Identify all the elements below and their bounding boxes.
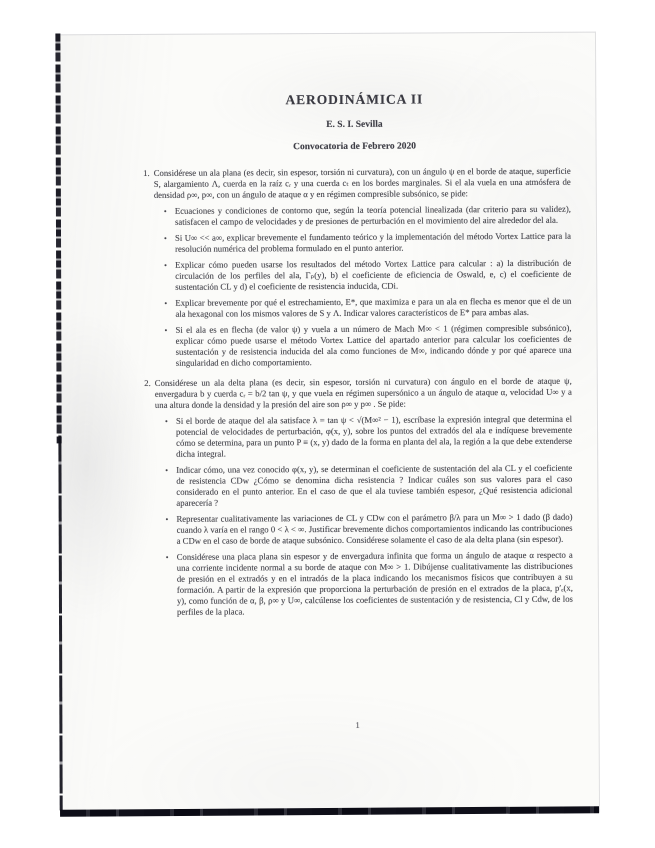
problem-1: 1. Considérese un ala plana (es decir, s… — [139, 166, 572, 369]
bullet-text: Si el borde de ataque del ala satisface … — [176, 414, 572, 460]
problem-bullet: • Indicar cómo, una vez conocido φ(x, y)… — [155, 463, 572, 509]
bullet-text: Explicar cómo pueden usarse los resultad… — [175, 258, 571, 293]
document-content: AERODINÁMICA II E. S. I. Sevilla Convoca… — [138, 91, 573, 618]
bullet-text: Explicar brevemente por qué el estrecham… — [175, 296, 571, 320]
problem-bullet: • Representar cualitativamente las varia… — [155, 512, 572, 547]
scan-artifact-bottom-edge — [60, 806, 599, 817]
bullet-icon: • — [164, 325, 170, 369]
problem-body: Considérese un ala plana (es decir, sin … — [154, 166, 572, 369]
exam-session: Convocatoria de Febrero 2020 — [139, 141, 571, 153]
scan-artifact-left-edge-lower — [58, 435, 62, 810]
bullet-text: Si U∞ << a∞, explicar brevemente el fund… — [175, 231, 571, 255]
problem-intro: Considérese un ala plana (es decir, sin … — [154, 166, 571, 201]
problem-intro: Considérese un ala delta plana (es decir… — [155, 376, 572, 411]
bullet-text: Si el ala es en flecha (de valor ψ) y vu… — [175, 323, 571, 369]
problem-bullet: • Ecuaciones y condiciones de contorno q… — [154, 204, 571, 228]
problem-number: 2. — [140, 378, 152, 618]
problem-body: Considérese un ala delta plana (es decir… — [155, 376, 573, 618]
bullet-text: Representar cualitativamente las variaci… — [176, 512, 572, 547]
problem-bullet: • Si el ala es en flecha (de valor ψ) y … — [154, 323, 571, 369]
bullet-list: • Si el borde de ataque del ala satisfac… — [155, 414, 573, 618]
problem-bullet: • Explicar cómo pueden usarse los result… — [154, 258, 571, 293]
problem-bullet: • Considérese una placa plana sin espeso… — [156, 550, 573, 618]
bullet-icon: • — [166, 552, 172, 618]
scanner-background: AERODINÁMICA II E. S. I. Sevilla Convoca… — [0, 0, 655, 848]
bullet-text: Indicar cómo, una vez conocido φ(x, y), … — [176, 463, 572, 509]
institution-name: E. S. I. Sevilla — [138, 119, 570, 131]
bullet-list: • Ecuaciones y condiciones de contorno q… — [154, 204, 572, 369]
problem-2: 2. Considérese un ala delta plana (es de… — [140, 376, 573, 618]
bullet-icon: • — [164, 298, 170, 320]
bullet-icon: • — [165, 514, 171, 547]
bullet-icon: • — [164, 233, 170, 255]
problem-list: 1. Considérese un ala plana (es decir, s… — [139, 166, 573, 618]
problem-bullet: • Explicar brevemente por qué el estrech… — [154, 296, 571, 320]
bullet-text: Ecuaciones y condiciones de contorno que… — [175, 204, 571, 228]
bullet-icon: • — [165, 416, 171, 460]
problem-bullet: • Si U∞ << a∞, explicar brevemente el fu… — [154, 231, 571, 255]
page-number: 1 — [142, 719, 574, 731]
bullet-icon: • — [165, 465, 171, 509]
bullet-text: Considérese una placa plana sin espesor … — [177, 550, 573, 618]
bullet-icon: • — [164, 260, 170, 293]
scan-artifact-left-edge-upper — [55, 33, 61, 443]
problem-bullet: • Si el borde de ataque del ala satisfac… — [155, 414, 572, 460]
document-page: AERODINÁMICA II E. S. I. Sevilla Convoca… — [56, 32, 600, 816]
bullet-icon: • — [164, 206, 170, 228]
document-title: AERODINÁMICA II — [138, 91, 570, 109]
problem-number: 1. — [139, 168, 151, 369]
